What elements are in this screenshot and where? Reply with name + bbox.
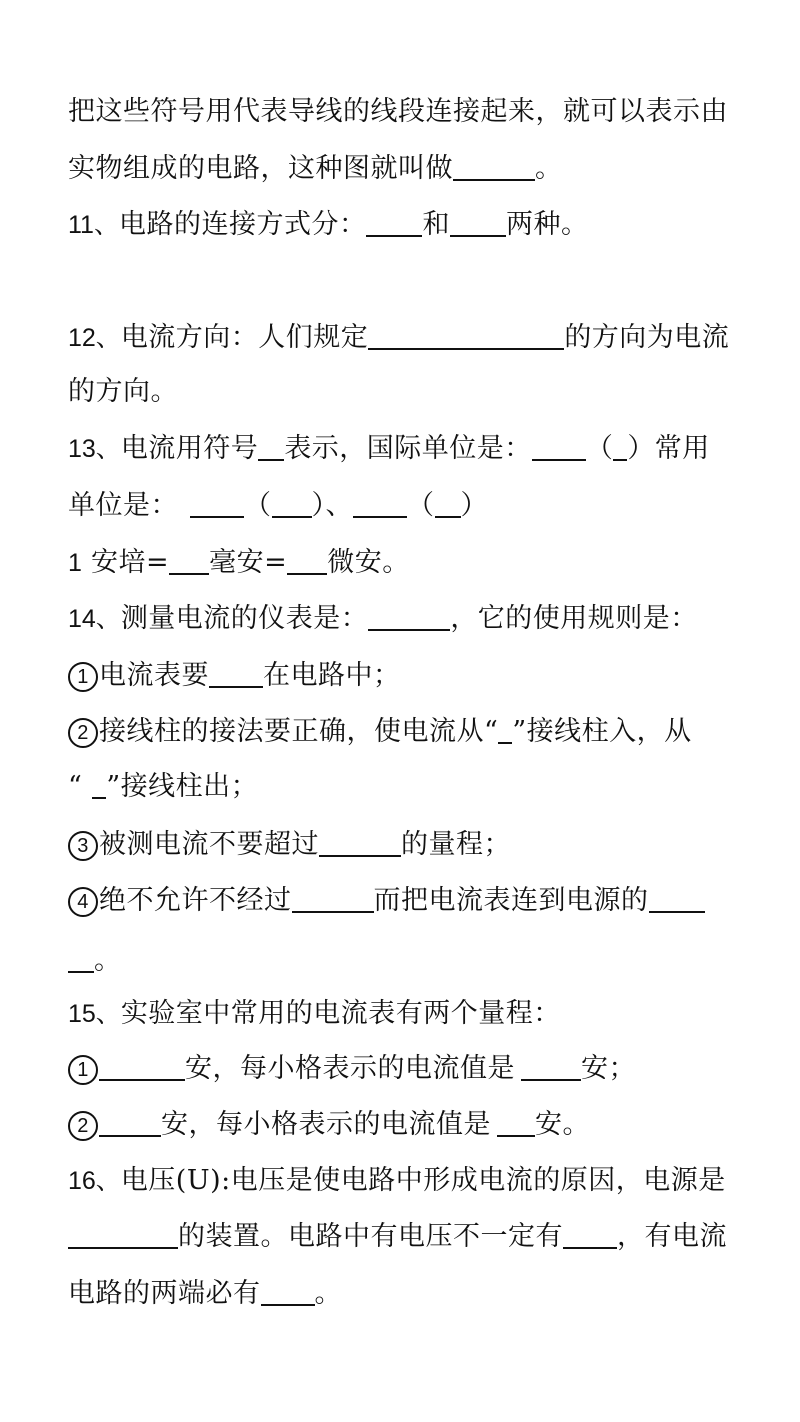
text: ，它的使用规则是： [450, 603, 698, 634]
text: ）常用 [627, 433, 710, 464]
circled-number: 3 [68, 831, 98, 861]
text-line: 1 安培=毫安=微安。 [68, 543, 740, 583]
text: 电流表要 [99, 660, 209, 691]
answer-blank[interactable] [450, 205, 506, 237]
range-item: 1安，每小格表示的电流值是安； [68, 1049, 740, 1089]
text: 安； [581, 1053, 636, 1084]
rule-item: 1电流表要在电路中； [68, 656, 740, 696]
text: 实物组成的电路，这种图就叫做 [68, 153, 453, 184]
answer-blank[interactable] [613, 429, 627, 461]
text: 安，每小格表示的电流值是 [161, 1109, 491, 1140]
circled-number: 4 [68, 887, 98, 917]
text: 电路的两端必有 [68, 1278, 261, 1309]
question-16: 16、电压(U):电压是使电路中形成电流的原因，电源是 [68, 1161, 740, 1201]
text: 两种。 [506, 209, 589, 240]
text: 。 [315, 1278, 343, 1309]
answer-blank[interactable] [521, 1049, 581, 1081]
text: （ [407, 490, 435, 521]
text: 的方向为电流 [564, 322, 729, 353]
number: 1 [68, 549, 82, 577]
answer-blank[interactable] [292, 881, 374, 913]
answer-blank[interactable] [209, 656, 263, 688]
answer-blank[interactable] [287, 543, 327, 575]
answer-blank[interactable] [453, 149, 535, 181]
text: 电路的连接方式分： [119, 209, 367, 240]
answer-blank[interactable] [92, 767, 106, 799]
text: 测量电流的仪表是： [121, 603, 369, 634]
text: 电压(U):电压是使电路中形成电流的原因，电源是 [121, 1165, 726, 1196]
text: 的装置。电路中有电压不一定有 [178, 1221, 563, 1252]
rule-item: 3被测电流不要超过的量程； [68, 825, 740, 865]
answer-blank[interactable] [497, 1105, 535, 1137]
question-number: 13、 [68, 435, 121, 463]
answer-blank[interactable] [190, 486, 244, 518]
circled-number: 1 [68, 1055, 98, 1085]
question-12: 12、电流方向：人们规定的方向为电流 [68, 318, 740, 358]
circled-number: 1 [68, 662, 98, 692]
question-13: 13、电流用符号表示，国际单位是：（）常用 [68, 429, 740, 469]
text-line: 的方向。 [68, 372, 740, 412]
text: ，有电流 [617, 1221, 727, 1252]
text: 把这些符号用代表导线的线段连接起来，就可以表示由 [68, 96, 728, 127]
text-line: “”接线柱出； [68, 767, 740, 807]
text: ）、 [312, 490, 354, 521]
answer-blank[interactable] [68, 941, 94, 973]
text: 毫安= [209, 547, 287, 578]
question-11: 11、电路的连接方式分：和两种。 [68, 205, 740, 245]
text: 绝不允许不经过 [99, 885, 292, 916]
text: 安培= [91, 547, 169, 578]
text: 被测电流不要超过 [99, 829, 319, 860]
text: ”接线柱入，从 [512, 716, 691, 747]
text: 微安。 [327, 547, 410, 578]
answer-blank[interactable] [99, 1049, 185, 1081]
text: 的量程； [401, 829, 511, 860]
text: 单位是： [68, 490, 178, 521]
text: （ [244, 490, 272, 521]
answer-blank[interactable] [649, 881, 705, 913]
text: 在电路中； [263, 660, 401, 691]
question-number: 11、 [68, 211, 119, 239]
text: 。 [535, 153, 563, 184]
answer-blank[interactable] [435, 486, 461, 518]
answer-blank[interactable] [563, 1217, 617, 1249]
question-number: 15、 [68, 1000, 121, 1028]
answer-blank[interactable] [319, 825, 401, 857]
text: 电流方向：人们规定 [121, 322, 369, 353]
answer-blank[interactable] [169, 543, 209, 575]
text: 。 [94, 945, 122, 976]
answer-blank[interactable] [258, 429, 284, 461]
text: 接线柱的接法要正确，使电流从“ [99, 716, 498, 747]
text: 表示，国际单位是： [284, 433, 532, 464]
text-line: 实物组成的电路，这种图就叫做。 [68, 149, 740, 189]
text: 电流用符号 [121, 433, 259, 464]
answer-blank[interactable] [272, 486, 312, 518]
answer-blank[interactable] [368, 318, 564, 350]
rule-item: 2接线柱的接法要正确，使电流从“”接线柱入，从 [68, 712, 740, 752]
answer-blank[interactable] [68, 1217, 178, 1249]
text: 实验室中常用的电流表有两个量程： [121, 998, 561, 1029]
text-line: 单位是：（）、（） [68, 486, 740, 526]
answer-blank[interactable] [368, 599, 450, 631]
question-number: 14、 [68, 605, 121, 633]
text: 安。 [535, 1109, 590, 1140]
text: 的方向。 [68, 376, 178, 407]
answer-blank[interactable] [261, 1274, 315, 1306]
text-line: 。 [68, 941, 740, 981]
answer-blank[interactable] [532, 429, 586, 461]
text-line: 的装置。电路中有电压不一定有，有电流 [68, 1217, 740, 1257]
text-line: 把这些符号用代表导线的线段连接起来，就可以表示由 [68, 92, 740, 132]
text: ”接线柱出； [106, 771, 258, 802]
circled-number: 2 [68, 718, 98, 748]
answer-blank[interactable] [498, 712, 512, 744]
text: 和 [422, 209, 450, 240]
circled-number: 2 [68, 1111, 98, 1141]
text: （ [586, 433, 614, 464]
answer-blank[interactable] [99, 1105, 161, 1137]
text: 而把电流表连到电源的 [374, 885, 649, 916]
rule-item: 4绝不允许不经过而把电流表连到电源的 [68, 881, 740, 921]
answer-blank[interactable] [366, 205, 422, 237]
question-number: 16、 [68, 1167, 121, 1195]
text: ） [461, 490, 489, 521]
question-number: 12、 [68, 324, 121, 352]
text-line: 电路的两端必有。 [68, 1274, 740, 1314]
text: 安，每小格表示的电流值是 [185, 1053, 515, 1084]
question-14: 14、测量电流的仪表是：，它的使用规则是： [68, 599, 740, 639]
answer-blank[interactable] [353, 486, 407, 518]
range-item: 2安，每小格表示的电流值是安。 [68, 1105, 740, 1145]
question-15: 15、实验室中常用的电流表有两个量程： [68, 994, 740, 1034]
text: “ [68, 771, 82, 802]
